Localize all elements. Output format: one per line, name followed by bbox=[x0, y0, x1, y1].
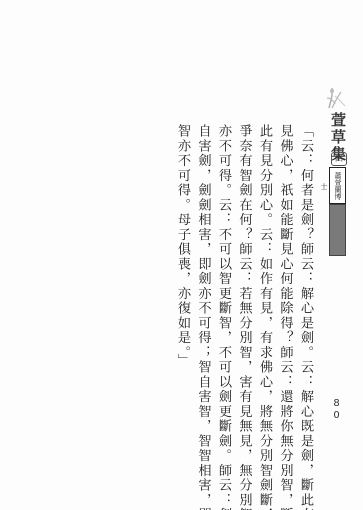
book-page: 萱草集 四 蕭萱蘭博士 80 「云：何者是劍？師云：解心是劍。云：解心既是劍，斷… bbox=[0, 0, 363, 510]
author-label: 蕭萱蘭博士 bbox=[329, 167, 346, 204]
series-label-box bbox=[329, 204, 346, 256]
page-number: 80 bbox=[328, 398, 344, 422]
text-column: 自害劍，劍劍相害，即劍亦不可得；智自害智，智智相害，即 bbox=[192, 124, 213, 470]
text-column: 爭奈有智劍在何？師云：若無分別智，害有見無見，無分別智 bbox=[233, 124, 254, 470]
grass-logo-icon bbox=[323, 86, 349, 112]
vertical-text-body: 「云：何者是劍？師云：解心是劍。云：解心既是劍，斷此有 見佛心，祇如能斷見心何能… bbox=[172, 124, 316, 470]
text-column: 「云：何者是劍？師云：解心是劍。云：解心既是劍，斷此有 bbox=[295, 124, 316, 470]
volume-mark: 四 bbox=[331, 152, 347, 166]
text-column: 智亦不可得。母子俱喪，亦復如是。」 bbox=[172, 124, 193, 470]
text-column: 亦不可得。云：不可以智更斷智，不可以劍更斷劍。師云：劍 bbox=[213, 124, 234, 470]
text-column: 此有見分別心。云：如作有見，有求佛心，將無分別智劍斷， bbox=[254, 124, 275, 470]
text-column: 見佛心，祇如能斷見心何能除得？師云：還將你無分別智，斷 bbox=[274, 124, 295, 470]
